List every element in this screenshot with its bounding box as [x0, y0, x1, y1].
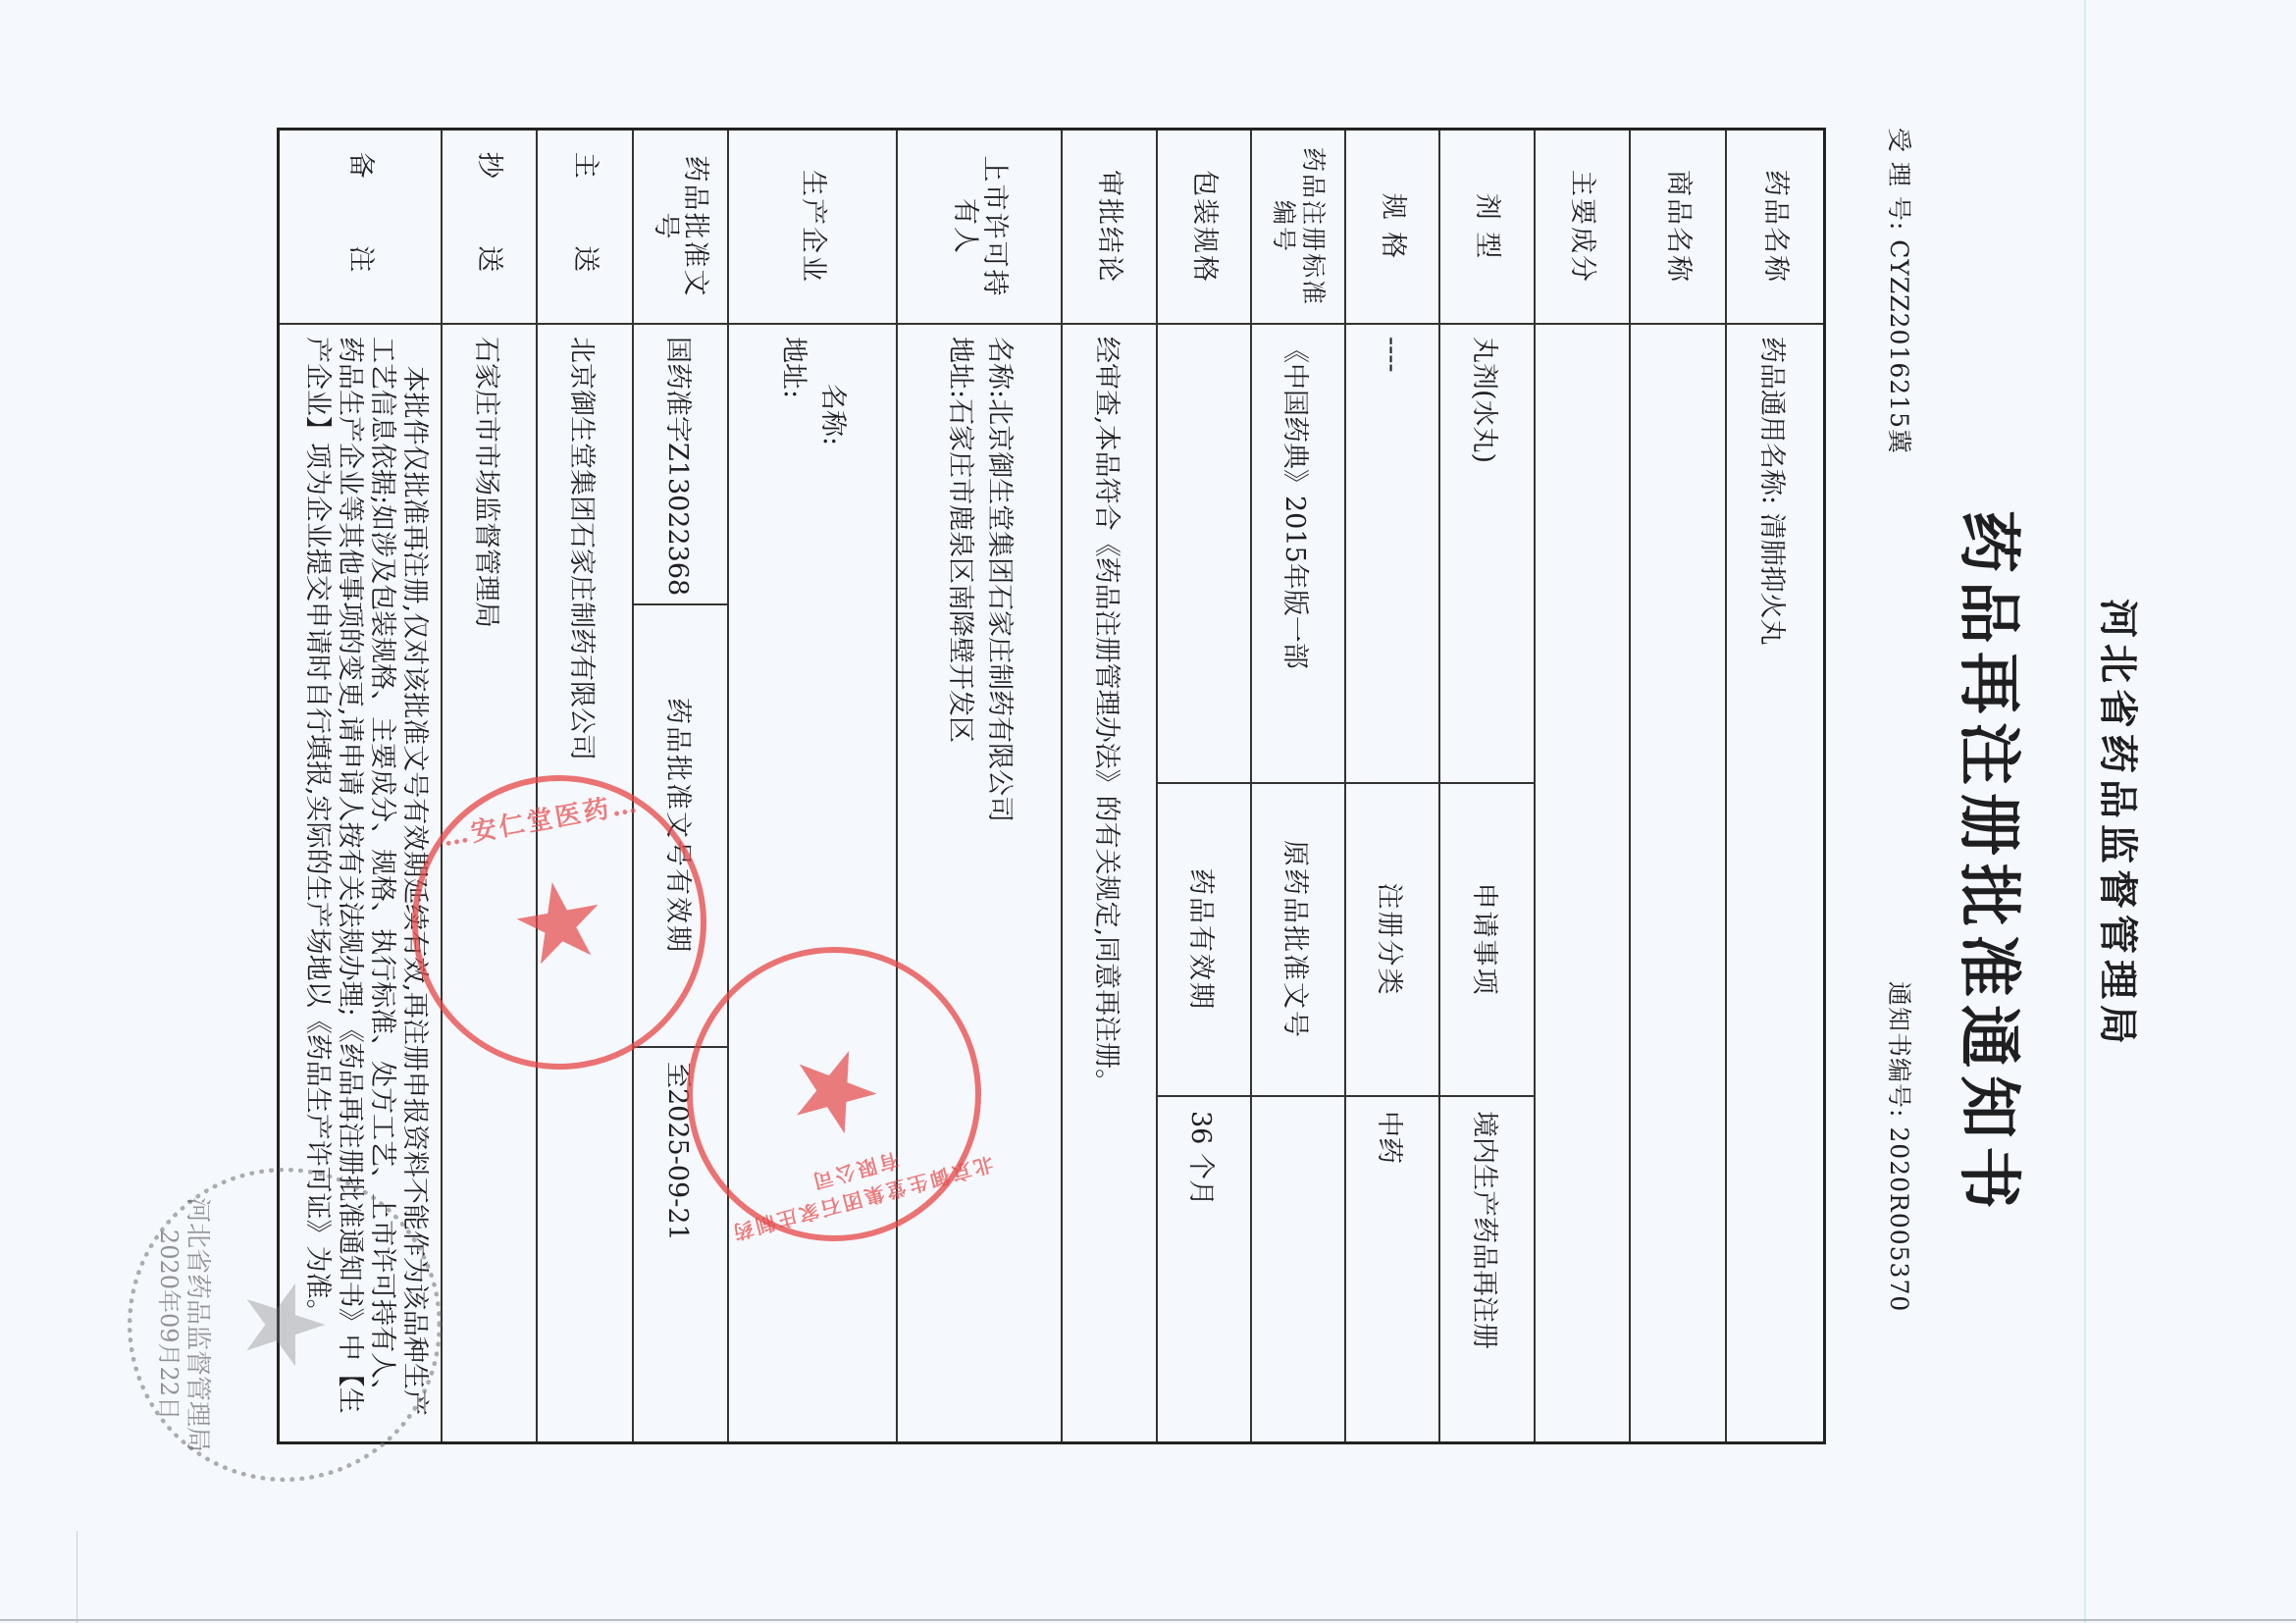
row-label-secondary: 药品有效期: [1158, 782, 1250, 1097]
row-label: 抄 送: [443, 131, 536, 325]
mah-name: 名称:北京御生堂集团石家庄制药有限公司: [979, 337, 1018, 822]
table-row-remarks: 备 注 本批件仅批准再注册,仅对该批准文号有效期延续有效,再注册申报资料不能作为…: [280, 131, 443, 1441]
table-row-marketing-authorization-holder: 上市许可持有人 名称:北京御生堂集团石家庄制药有限公司 地址:石家庄市鹿泉区南降…: [898, 131, 1063, 1441]
mah-address: 地址:石家庄市鹿泉区南降壁开发区: [940, 337, 979, 743]
manufacturer-name: 名称:: [812, 384, 852, 445]
row-label: 包装规格: [1158, 131, 1250, 325]
row-value: 丸剂(水丸): [1440, 325, 1534, 782]
document-title: 药品再注册批准通知书: [1949, 314, 2039, 1413]
approval-table: 药品名称 药品通用名称: 清肺抑火丸 商品名称 主要成分 剂 型 丸剂(水丸) …: [277, 128, 1826, 1444]
table-row-recipient: 主 送 北京御生堂集团石家庄制药有限公司: [538, 131, 634, 1441]
row-label: 药品批准文号: [634, 131, 727, 325]
remarks-text: 本批件仅批准再注册,仅对该批准文号有效期延续有效,再注册申报资料不能作为该品种生…: [301, 337, 431, 1428]
row-label-secondary: 注册分类: [1346, 782, 1438, 1097]
row-label: 商品名称: [1631, 131, 1725, 325]
table-row-manufacturer: 生产企业 名称: 地址:: [729, 131, 898, 1441]
manufacturer-address: 地址:: [773, 337, 812, 398]
row-label-secondary: 申请事项: [1440, 782, 1534, 1097]
row-label: 审批结论: [1063, 131, 1156, 325]
row-value: [1631, 325, 1725, 1441]
row-value-secondary: 中药: [1346, 1097, 1438, 1441]
field-label: 名称:: [817, 384, 848, 445]
table-row-standard-number: 药品注册标准编号 《中国药典》2015年版一部 原药品批准文号: [1252, 131, 1346, 1441]
row-label: 生产企业: [729, 131, 896, 325]
table-row-conclusion: 审批结论 经审查,本品符合《药品注册管理办法》的有关规定,同意再注册。: [1063, 131, 1158, 1441]
row-value: 名称:北京御生堂集团石家庄制药有限公司 地址:石家庄市鹿泉区南降壁开发区: [898, 325, 1061, 1441]
row-label-secondary: 原药品批准文号: [1252, 782, 1344, 1097]
row-label: 规 格: [1346, 131, 1438, 325]
row-label: 主 送: [538, 131, 632, 325]
row-value: ----: [1346, 325, 1438, 782]
document-page: 河北省药品监督管理局 药品再注册批准通知书 受 理 号: CYZZ2016215…: [0, 0, 2296, 1623]
acceptance-number-value: CYZZ2016215冀: [1885, 239, 1913, 454]
field-label: 地址:: [945, 337, 975, 398]
row-value: [1536, 325, 1629, 1441]
seal-date: 2020年09月22日: [154, 1173, 188, 1477]
field-label: 名称:: [984, 337, 1015, 398]
table-row-packaging: 包装规格 药品有效期 36 个月: [1158, 131, 1252, 1441]
table-row-specification: 规 格 ---- 注册分类 中药: [1346, 131, 1440, 1441]
row-value: 药品通用名称: 清肺抑火丸: [1727, 325, 1823, 1441]
acceptance-number: 受 理 号: CYZZ2016215冀: [1883, 128, 1918, 454]
field-label: 地址:: [778, 337, 809, 398]
seal-agency-text: 河北省药品监督管理局: [182, 1173, 218, 1477]
notice-number: 通知书编号: 2020R005370: [1883, 981, 1918, 1312]
row-value: 国药准字Z13022368: [634, 325, 727, 603]
table-row-trade-name: 商品名称: [1631, 131, 1727, 1441]
table-row-drug-name: 药品名称 药品通用名称: 清肺抑火丸: [1727, 131, 1823, 1441]
row-label: 剂 型: [1440, 131, 1534, 325]
table-row-dosage-form: 剂 型 丸剂(水丸) 申请事项 境内生产药品再注册: [1440, 131, 1536, 1441]
row-value-secondary: 36 个月: [1158, 1097, 1250, 1441]
row-label: 备 注: [280, 131, 441, 325]
row-label-secondary: 药品批准文号有效期: [634, 603, 727, 1048]
row-value: 经审查,本品符合《药品注册管理办法》的有关规定,同意再注册。: [1063, 325, 1156, 1441]
table-row-cc: 抄 送 石家庄市市场监督管理局: [443, 131, 538, 1441]
row-value: 名称: 地址:: [729, 325, 896, 1441]
row-label: 主要成分: [1536, 131, 1629, 325]
row-label: 上市许可持有人: [898, 131, 1061, 325]
row-value: 石家庄市市场监督管理局: [443, 325, 536, 1441]
issuing-agency: 河北省药品监督管理局: [2093, 530, 2149, 1119]
row-value: 北京御生堂集团石家庄制药有限公司: [538, 325, 632, 1441]
row-value-secondary: 至2025-09-21: [634, 1048, 727, 1441]
row-value-secondary: 境内生产药品再注册: [1440, 1097, 1534, 1441]
row-value: 《中国药典》2015年版一部: [1252, 325, 1344, 782]
table-row-main-ingredients: 主要成分: [1536, 131, 1631, 1441]
table-row-approval-number: 药品批准文号 国药准字Z13022368 药品批准文号有效期 至2025-09-…: [634, 131, 729, 1441]
notice-number-label: 通知书编号:: [1885, 981, 1913, 1118]
field-value: 石家庄市鹿泉区南降壁开发区: [945, 398, 975, 743]
row-label: 药品名称: [1727, 131, 1823, 325]
row-value-secondary: [1252, 1097, 1344, 1441]
row-value: [1158, 325, 1250, 782]
acceptance-number-label: 受 理 号:: [1885, 128, 1913, 231]
row-label: 药品注册标准编号: [1252, 131, 1344, 325]
field-value: 北京御生堂集团石家庄制药有限公司: [984, 398, 1015, 822]
row-value: 本批件仅批准再注册,仅对该批准文号有效期延续有效,再注册申报资料不能作为该品种生…: [280, 325, 441, 1441]
notice-number-value: 2020R005370: [1885, 1126, 1913, 1312]
